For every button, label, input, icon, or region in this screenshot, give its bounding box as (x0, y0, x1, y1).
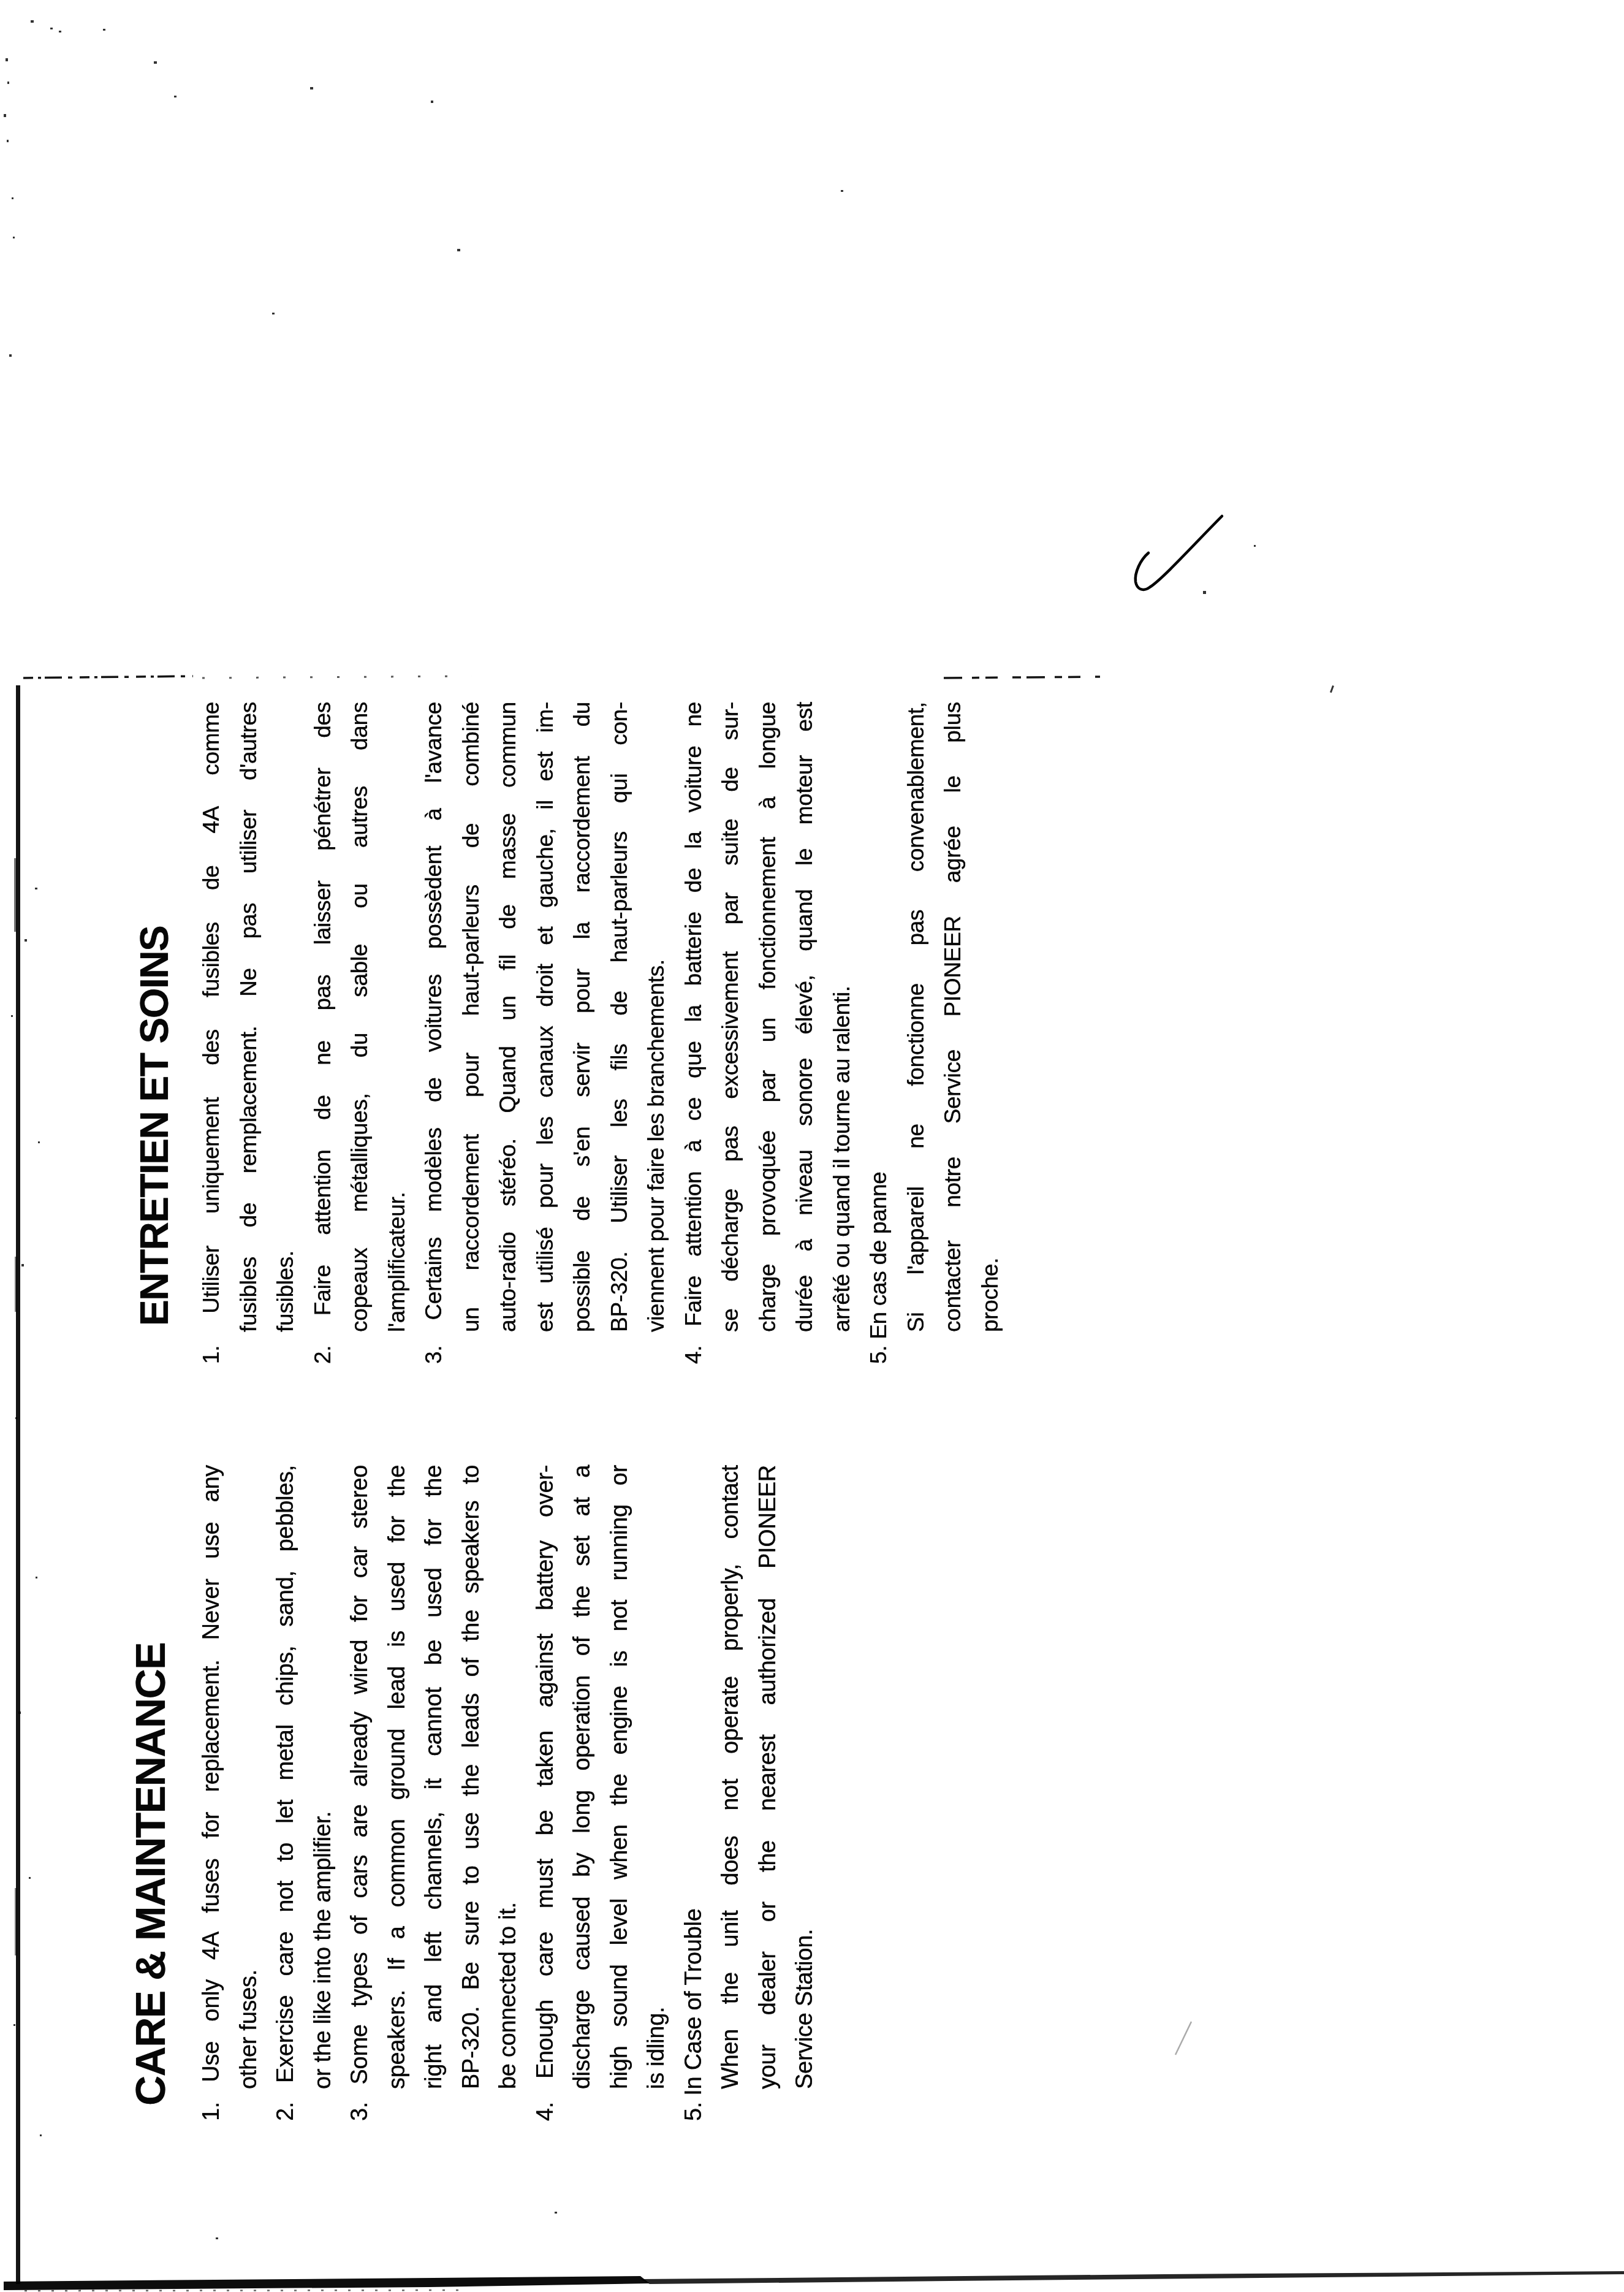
faint-pen-trace (1175, 2022, 1191, 2055)
scanned-manual-page: { "english": { "heading": "CARE & MAINTE… (0, 0, 1624, 2292)
checkmark-pen-stroke (1136, 516, 1222, 590)
fold-dashed-line (23, 676, 1100, 678)
scan-noise-specks (4, 20, 1334, 2239)
page-edge-bottom-band (4, 2271, 1624, 2291)
page-edge-left-line (14, 685, 20, 2284)
scan-artifacts-layer (0, 0, 1624, 2292)
